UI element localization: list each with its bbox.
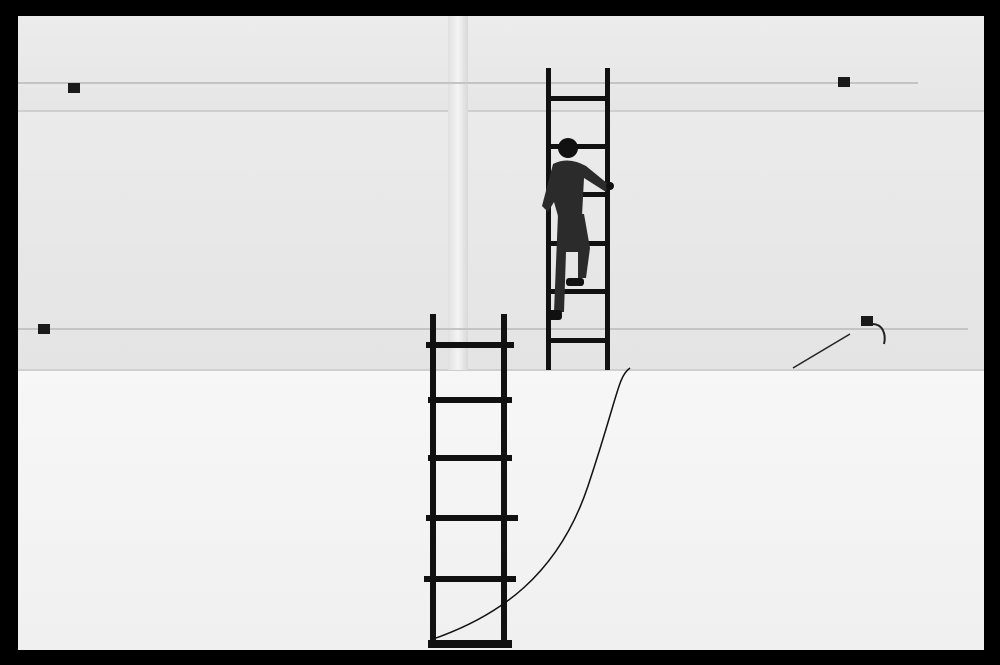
scene-drawing [18,16,984,650]
cable [436,368,630,638]
photograph [18,16,984,650]
lower-ladder [424,314,518,648]
